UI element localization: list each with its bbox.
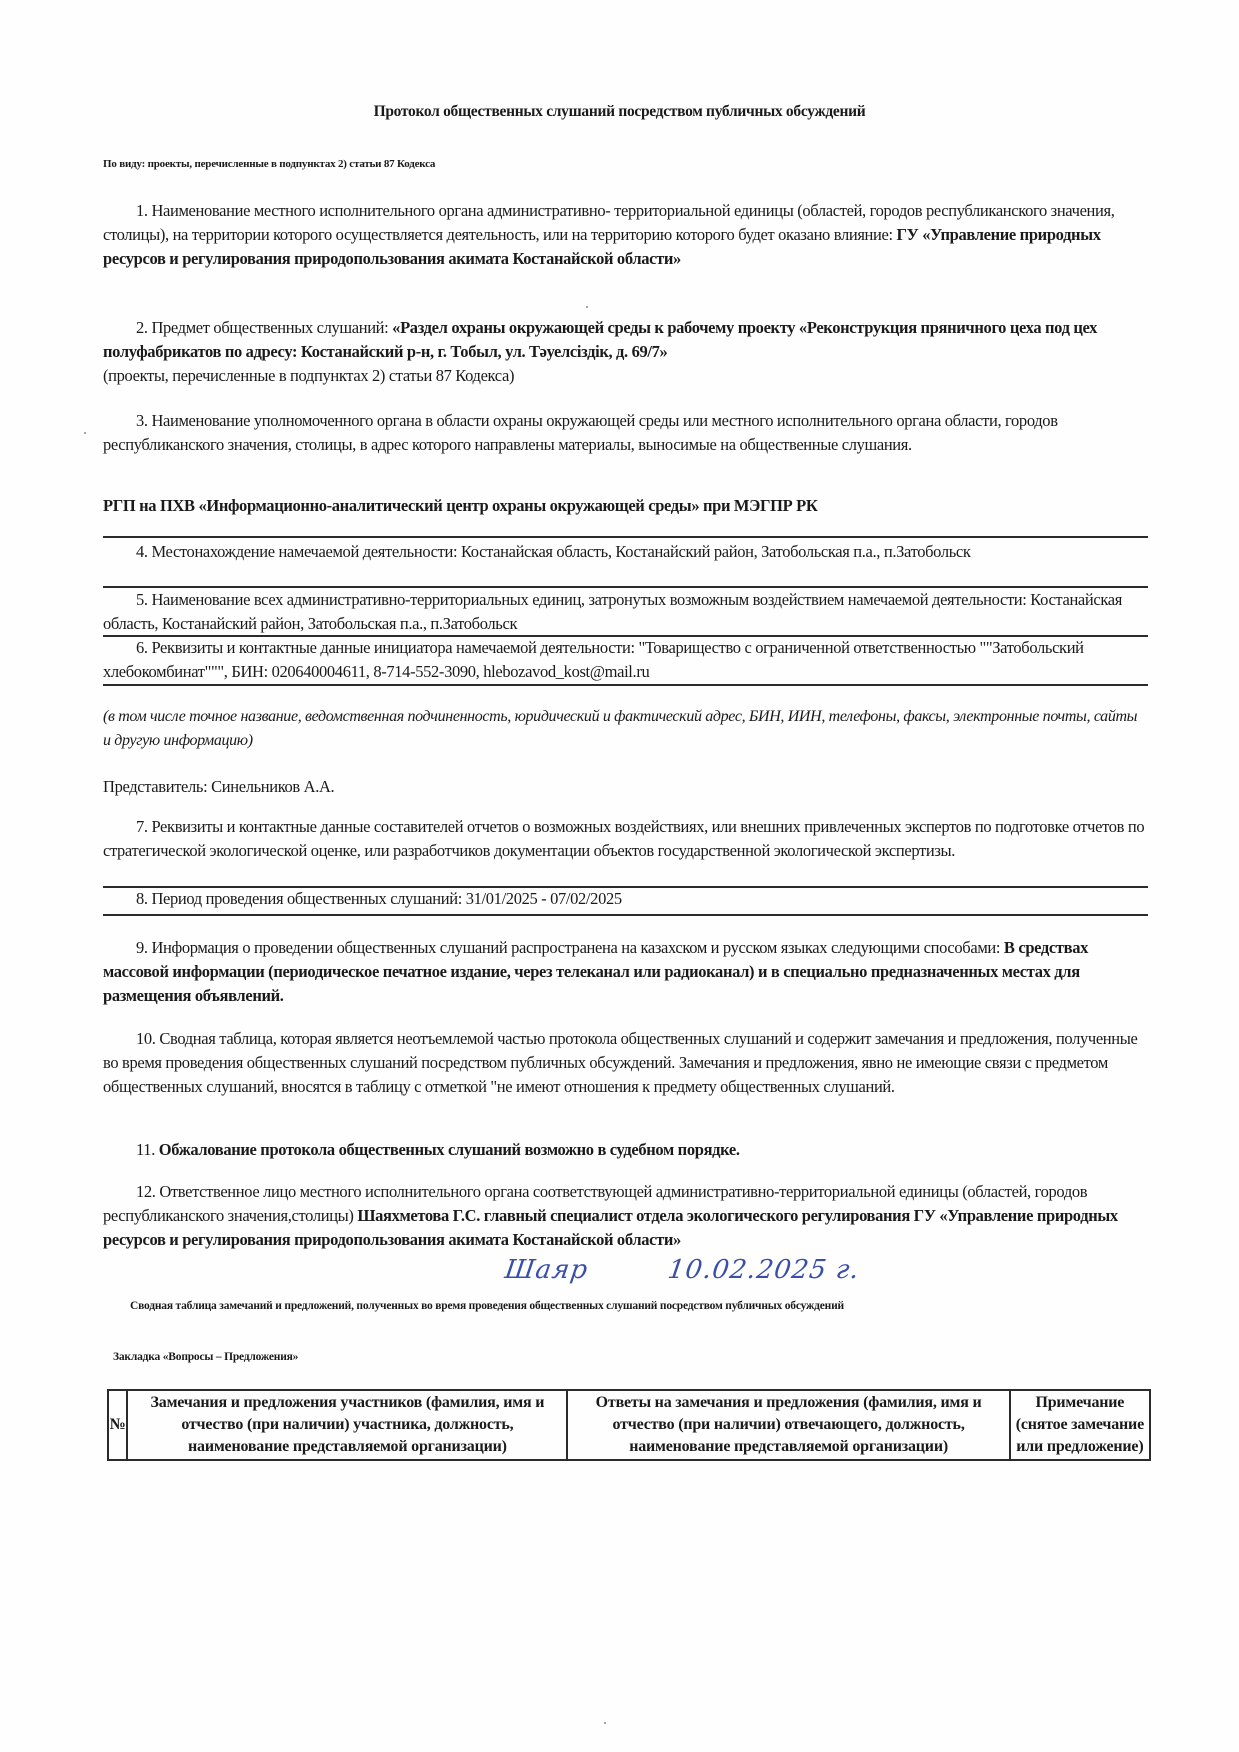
item-6-hint: (в том числе точное название, ведомствен…: [103, 705, 1148, 753]
handwritten-date: 10.02.2025 г.: [666, 1255, 862, 1285]
item-10: 10. Сводная таблица, которая является не…: [103, 1027, 1148, 1099]
item-10-text: 10. Сводная таблица, которая является не…: [103, 1029, 1137, 1096]
item-6-text: 6. Реквизиты и контактные данные инициат…: [103, 638, 1084, 681]
header-answers: Ответы на замечания и предложения (фамил…: [567, 1390, 1009, 1460]
scan-speck: [604, 1722, 606, 1724]
item-4: 4. Местонахождение намечаемой деятельнос…: [103, 540, 1148, 564]
document-title: Протокол общественных слушаний посредств…: [0, 103, 1239, 121]
item-8-text: 8. Период проведения общественных слушан…: [136, 889, 622, 908]
divider: [103, 536, 1148, 538]
item-9: 9. Информация о проведении общественных …: [103, 936, 1148, 1008]
summary-table: № Замечания и предложения участников (фа…: [107, 1389, 1151, 1461]
item-4-text: 4. Местонахождение намечаемой деятельнос…: [136, 542, 971, 561]
document-subtitle: По виду: проекты, перечисленные в подпун…: [103, 158, 435, 170]
summary-table-tab-label: Закладка «Вопросы – Предложения»: [113, 1351, 298, 1363]
header-number: №: [108, 1390, 127, 1460]
item-5-text: 5. Наименование всех административно-тер…: [103, 590, 1122, 633]
table-header-row: № Замечания и предложения участников (фа…: [108, 1390, 1150, 1460]
summary-table-caption: Сводная таблица замечаний и предложений,…: [130, 1300, 844, 1312]
item-3-text: 3. Наименование уполномоченного органа в…: [103, 411, 1058, 454]
item-8: 8. Период проведения общественных слушан…: [103, 887, 1148, 911]
item-11-num: 11.: [136, 1140, 159, 1159]
item-3-authorized-body: РГП на ПХВ «Информационно-аналитический …: [103, 494, 1148, 518]
header-note: Примечание (снятое замечание или предлож…: [1010, 1390, 1150, 1460]
item-5: 5. Наименование всех административно-тер…: [103, 588, 1148, 636]
scan-speck: [586, 306, 588, 308]
item-7-text: 7. Реквизиты и контактные данные состави…: [103, 817, 1144, 860]
divider: [103, 684, 1148, 686]
item-3: 3. Наименование уполномоченного органа в…: [103, 409, 1148, 457]
item-2-text: 2. Предмет общественных слушаний:: [136, 318, 392, 337]
handwritten-signature: Шаяр: [503, 1255, 590, 1285]
item-11: 11. Обжалование протокола общественных с…: [103, 1138, 1148, 1162]
header-remarks: Замечания и предложения участников (фами…: [127, 1390, 567, 1460]
item-6: 6. Реквизиты и контактные данные инициат…: [103, 636, 1148, 684]
scan-speck: [84, 432, 86, 434]
item-11-appeal: Обжалование протокола общественных слуша…: [159, 1140, 740, 1159]
item-2-note: (проекты, перечисленные в подпунктах 2) …: [103, 366, 514, 385]
item-9-text: 9. Информация о проведении общественных …: [136, 938, 1004, 957]
item-2: 2. Предмет общественных слушаний: «Разде…: [103, 316, 1148, 388]
document-page: Протокол общественных слушаний посредств…: [0, 0, 1239, 1752]
divider: [103, 914, 1148, 916]
item-7: 7. Реквизиты и контактные данные состави…: [103, 815, 1148, 863]
item-1: 1. Наименование местного исполнительного…: [103, 199, 1148, 271]
representative: Представитель: Синельников А.А.: [103, 775, 1148, 799]
item-12: 12. Ответственное лицо местного исполнит…: [103, 1180, 1148, 1252]
